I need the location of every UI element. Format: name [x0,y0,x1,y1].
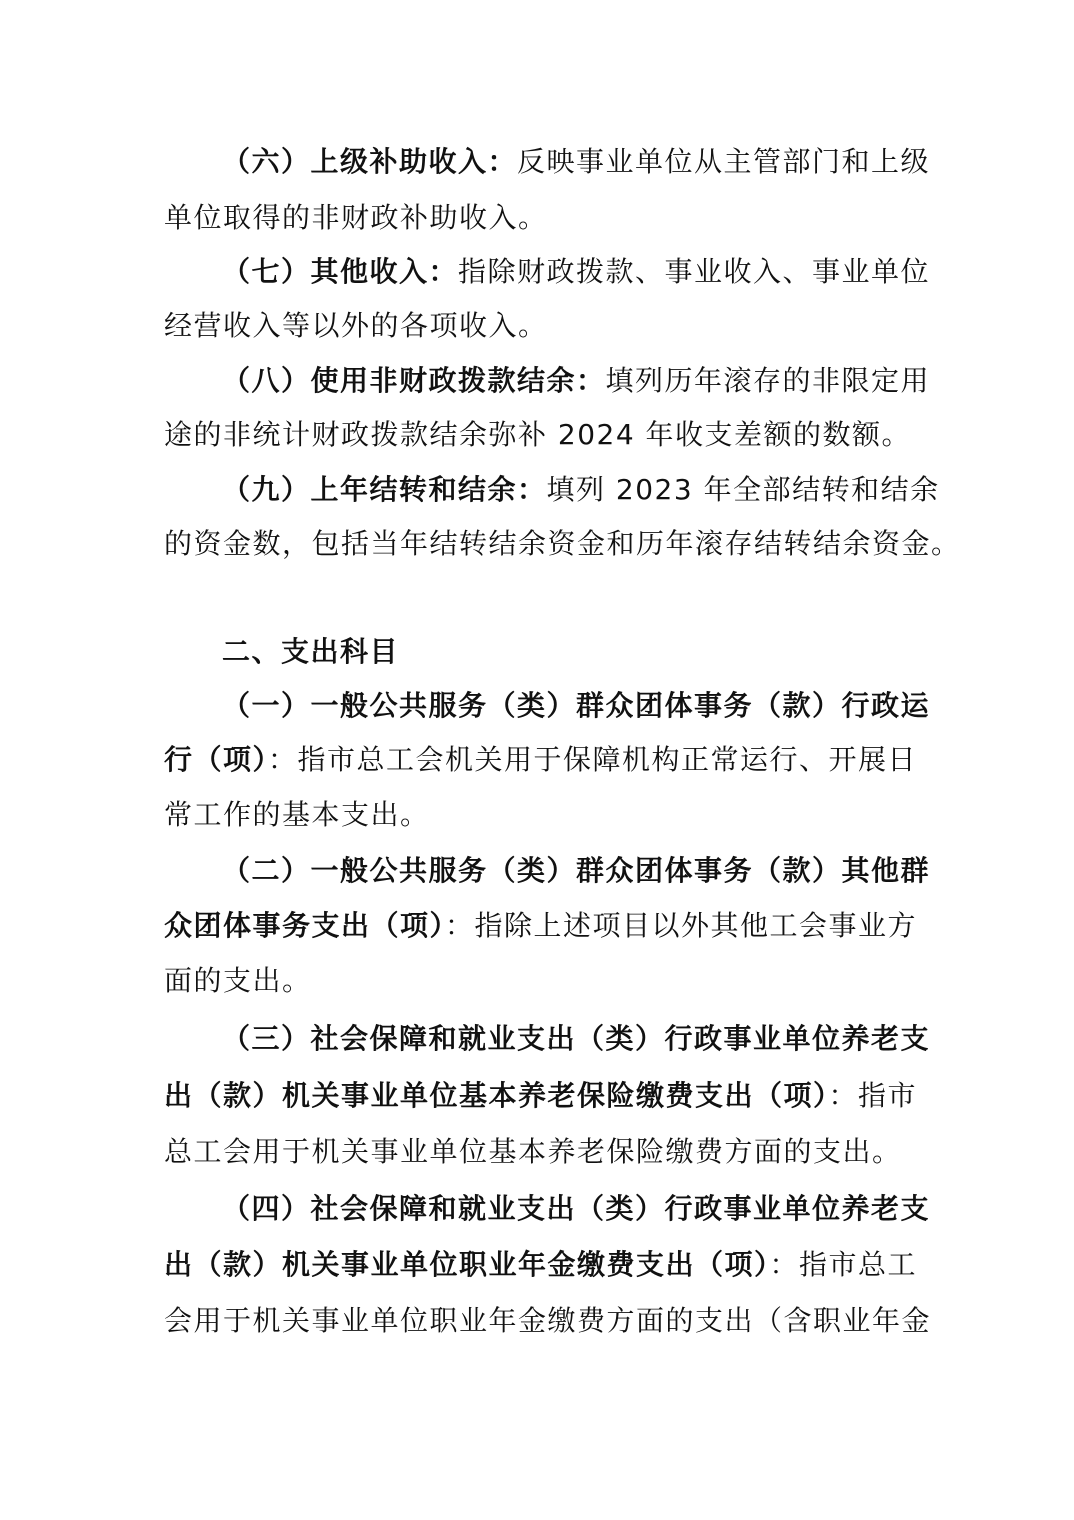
paragraph-line: （一）一般公共服务（类）群众团体事务（款）行政运 [222,686,982,726]
item-text: 途的非统计财政拨款结余弥补 2024 年收支差额的数额。 [164,418,911,451]
item-text: 指除财政拨款、事业收入、事业单位 [458,255,930,288]
item-text: ：指市总工会机关用于保障机构正常运行、开展日 [268,743,917,776]
paragraph-line: 途的非统计财政拨款结余弥补 2024 年收支差额的数额。 [164,415,924,455]
paragraph-line: （八）使用非财政拨款结余：填列历年滚存的非限定用 [222,361,982,401]
item-text: 填列历年滚存的非限定用 [606,364,931,397]
paragraph-line: 单位取得的非财政补助收入。 [164,198,924,238]
paragraph-line: （二）一般公共服务（类）群众团体事务（款）其他群 [222,851,982,891]
item-title: 众团体事务支出（项） [164,909,445,942]
item-text: 的资金数，包括当年结转结余资金和历年滚存结转结余资金。 [164,527,961,560]
item-title: （六）上级补助收入： [222,145,517,178]
item-title: 行（项） [164,743,268,776]
item-text: 单位取得的非财政补助收入。 [164,201,548,234]
paragraph-line: （七）其他收入：指除财政拨款、事业收入、事业单位 [222,252,982,292]
paragraph-line: 经营收入等以外的各项收入。 [164,306,924,346]
item-text: 面的支出。 [164,964,312,997]
paragraph-line: （六）上级补助收入：反映事业单位从主管部门和上级 [222,142,982,182]
paragraph-line: 会用于机关事业单位职业年金缴费方面的支出（含职业年金 [164,1301,924,1341]
item-title: （七）其他收入： [222,255,458,288]
paragraph-line: 总工会用于机关事业单位基本养老保险缴费方面的支出。 [164,1132,924,1172]
item-title: 出（款）机关事业单位职业年金缴费支出（项） [164,1248,770,1281]
paragraph-line: （三）社会保障和就业支出（类）行政事业单位养老支 [222,1019,982,1059]
paragraph-line: （九）上年结转和结余：填列 2023 年全部结转和结余 [222,470,982,510]
item-title: （四）社会保障和就业支出（类）行政事业单位养老支 [222,1192,930,1225]
item-text: ：指市 [829,1079,918,1112]
paragraph-line: 出（款）机关事业单位职业年金缴费支出（项）：指市总工 [164,1245,924,1285]
item-text: 经营收入等以外的各项收入。 [164,309,548,342]
item-text: ：指除上述项目以外其他工会事业方 [445,909,917,942]
item-title: （三）社会保障和就业支出（类）行政事业单位养老支 [222,1022,930,1055]
item-text: 总工会用于机关事业单位基本养老保险缴费方面的支出。 [164,1135,902,1168]
section-heading: 二、支出科目 [222,632,982,672]
item-text: 常工作的基本支出。 [164,798,430,831]
paragraph-line: 面的支出。 [164,961,924,1001]
item-title: （二）一般公共服务（类）群众团体事务（款）其他群 [222,854,930,887]
item-title: （一）一般公共服务（类）群众团体事务（款）行政运 [222,689,930,722]
item-title: 出（款）机关事业单位基本养老保险缴费支出（项） [164,1079,829,1112]
item-text: ：指市总工 [770,1248,918,1281]
paragraph-line: 常工作的基本支出。 [164,795,924,835]
item-text: 反映事业单位从主管部门和上级 [517,145,930,178]
paragraph-line: 众团体事务支出（项）：指除上述项目以外其他工会事业方 [164,906,924,946]
item-title: （八）使用非财政拨款结余： [222,364,606,397]
item-text: 填列 2023 年全部结转和结余 [547,473,940,506]
document-page: （六）上级补助收入：反映事业单位从主管部门和上级 单位取得的非财政补助收入。 （… [0,0,1074,1520]
paragraph-line: （四）社会保障和就业支出（类）行政事业单位养老支 [222,1189,982,1229]
item-title: （九）上年结转和结余： [222,473,547,506]
paragraph-line: 的资金数，包括当年结转结余资金和历年滚存结转结余资金。 [164,524,924,564]
paragraph-line: 行（项）：指市总工会机关用于保障机构正常运行、开展日 [164,740,924,780]
item-text: 会用于机关事业单位职业年金缴费方面的支出（含职业年金 [164,1304,931,1337]
paragraph-line: 出（款）机关事业单位基本养老保险缴费支出（项）：指市 [164,1076,924,1116]
